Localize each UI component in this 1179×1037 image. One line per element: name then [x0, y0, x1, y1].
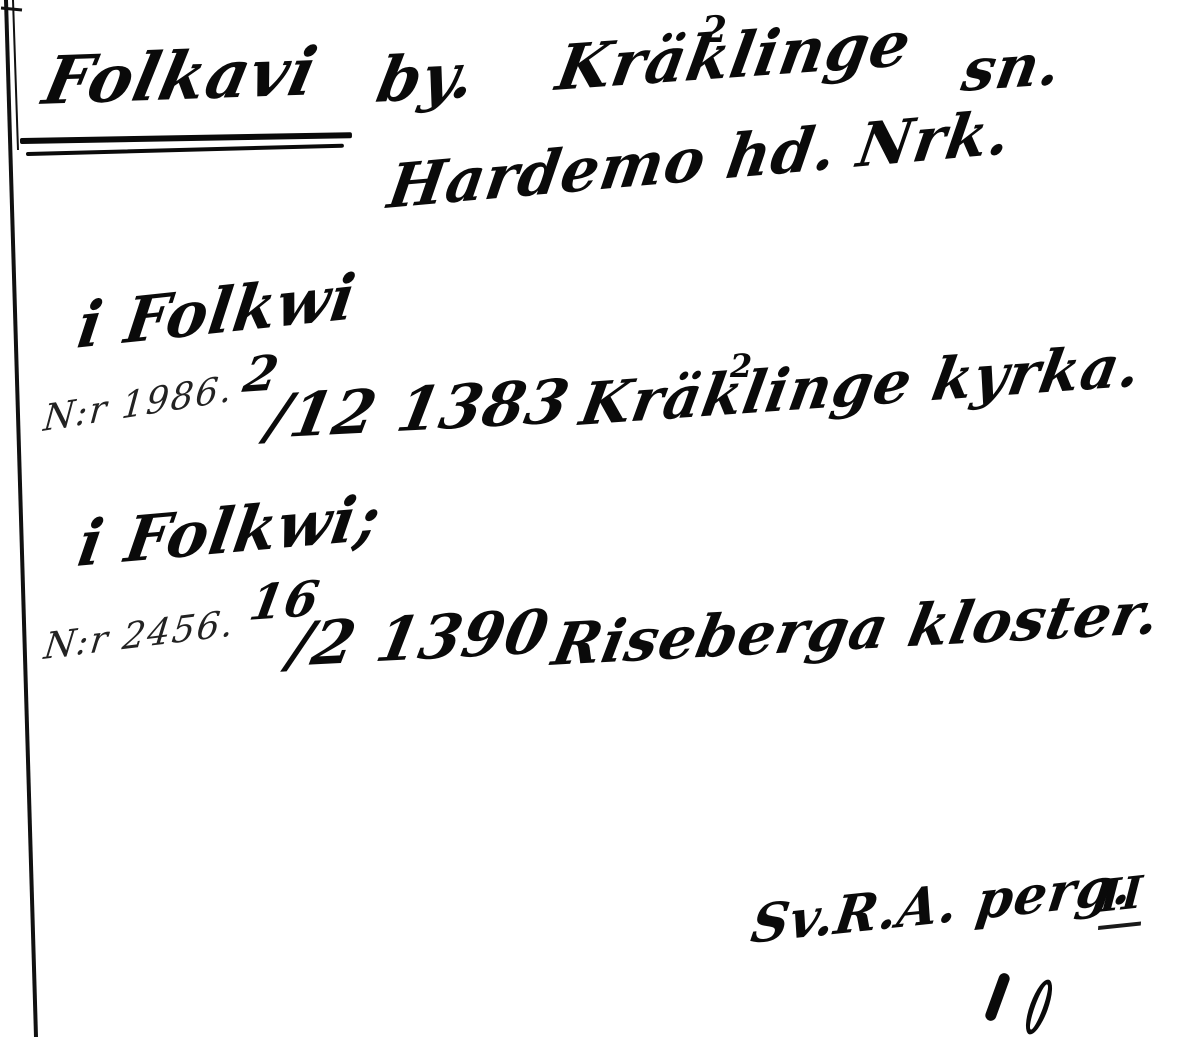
entry-date: /2 1390: [284, 602, 554, 676]
source-volume: II: [1098, 871, 1145, 930]
parish-abbr: sn.: [958, 34, 1066, 100]
settlement-type-abbr: by.: [372, 44, 481, 112]
archive-index-card: Folkavi by. 2 Kräklinge sn. Hardemo hd. …: [0, 0, 1179, 1037]
place-name-heading: Folkavi: [38, 38, 323, 114]
entry-date: /12 1383: [262, 372, 575, 448]
